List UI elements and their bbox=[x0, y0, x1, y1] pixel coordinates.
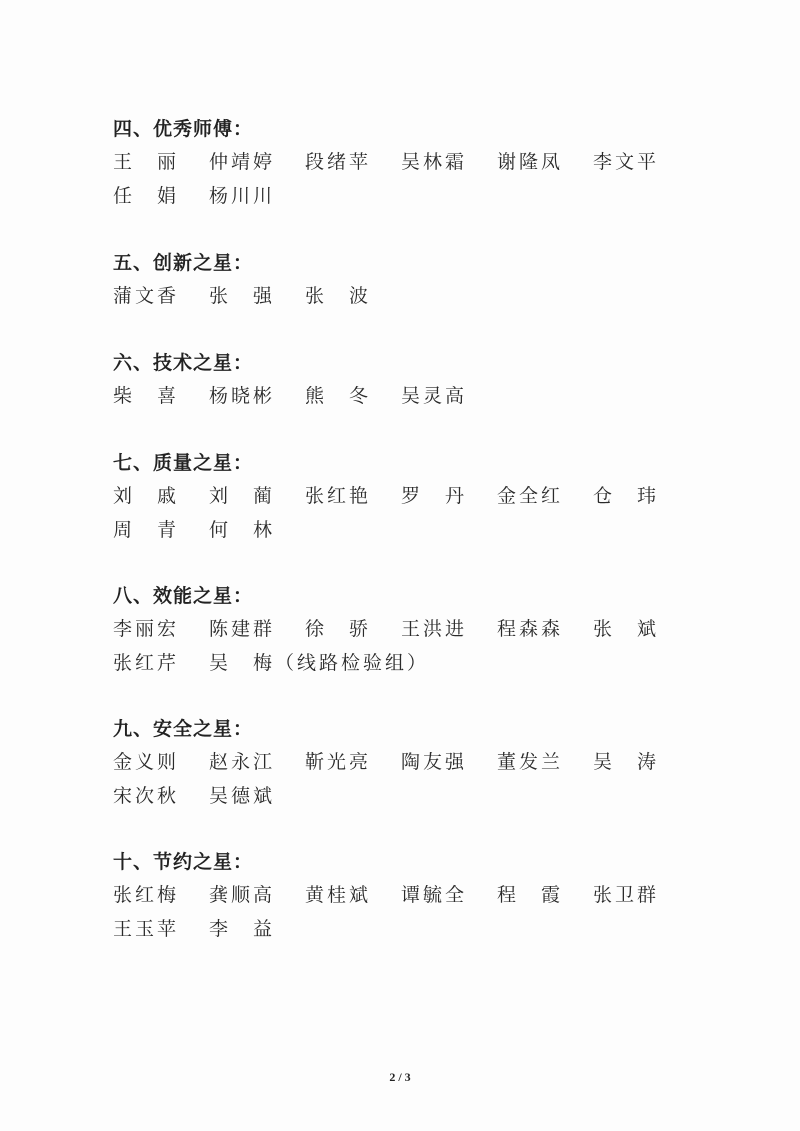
person-name: 靳光亮 bbox=[305, 745, 401, 779]
section-title: 九、安全之星： bbox=[113, 713, 713, 745]
person-name: 张 波 bbox=[305, 279, 401, 313]
name-list: 蒲文香张 强张 波 bbox=[113, 279, 713, 313]
person-name: 熊 冬 bbox=[305, 379, 401, 413]
person-name: 杨川川 bbox=[209, 179, 305, 213]
name-row: 王 丽仲靖婷段绪苹吴林霜谢隆凤李文平 bbox=[113, 145, 713, 179]
person-name: 吴 涛 bbox=[593, 745, 689, 779]
name-list: 王 丽仲靖婷段绪苹吴林霜谢隆凤李文平 任 娟杨川川 bbox=[113, 145, 713, 213]
section-efficiency-stars: 八、效能之星： 李丽宏陈建群徐 骄王洪进程森森张 斌 张红芹吴 梅（线路检验组） bbox=[113, 580, 713, 680]
name-row: 金义则赵永江靳光亮陶友强董发兰吴 涛 bbox=[113, 745, 713, 779]
person-name: 程 霞 bbox=[497, 878, 593, 912]
document-page: 四、优秀师傅： 王 丽仲靖婷段绪苹吴林霜谢隆凤李文平 任 娟杨川川 五、创新之星… bbox=[0, 0, 800, 1131]
person-name: 张 斌 bbox=[593, 612, 689, 646]
person-name: 吴 梅（线路检验组） bbox=[209, 646, 429, 680]
person-name: 李 益 bbox=[209, 912, 305, 946]
person-name: 仓 玮 bbox=[593, 479, 689, 513]
person-name: 罗 丹 bbox=[401, 479, 497, 513]
person-name: 段绪苹 bbox=[305, 145, 401, 179]
person-name: 张红梅 bbox=[113, 878, 209, 912]
section-title: 七、质量之星： bbox=[113, 447, 713, 479]
person-name: 金全红 bbox=[497, 479, 593, 513]
name-row: 宋次秋吴德斌 bbox=[113, 779, 713, 813]
person-name: 李文平 bbox=[593, 145, 689, 179]
name-row: 张红梅龚顺高黄桂斌谭毓全程 霞张卫群 bbox=[113, 878, 713, 912]
person-name: 程森森 bbox=[497, 612, 593, 646]
section-quality-stars: 七、质量之星： 刘 戚刘 蔺张红艳罗 丹金全红仓 玮 周 青何 林 bbox=[113, 447, 713, 547]
person-name: 黄桂斌 bbox=[305, 878, 401, 912]
name-row: 李丽宏陈建群徐 骄王洪进程森森张 斌 bbox=[113, 612, 713, 646]
person-name: 赵永江 bbox=[209, 745, 305, 779]
person-name: 谢隆凤 bbox=[497, 145, 593, 179]
person-name: 刘 蔺 bbox=[209, 479, 305, 513]
person-name: 谭毓全 bbox=[401, 878, 497, 912]
person-name: 陶友强 bbox=[401, 745, 497, 779]
section-title: 五、创新之星： bbox=[113, 247, 713, 279]
name-list: 刘 戚刘 蔺张红艳罗 丹金全红仓 玮 周 青何 林 bbox=[113, 479, 713, 547]
person-name: 王 丽 bbox=[113, 145, 209, 179]
name-row: 张红芹吴 梅（线路检验组） bbox=[113, 646, 713, 680]
person-name: 吴德斌 bbox=[209, 779, 305, 813]
person-name: 杨晓彬 bbox=[209, 379, 305, 413]
person-name: 张红艳 bbox=[305, 479, 401, 513]
person-name: 金义则 bbox=[113, 745, 209, 779]
name-list: 张红梅龚顺高黄桂斌谭毓全程 霞张卫群 王玉苹李 益 bbox=[113, 878, 713, 946]
section-technology-stars: 六、技术之星： 柴 喜杨晓彬熊 冬吴灵高 bbox=[113, 347, 713, 413]
section-saving-stars: 十、节约之星： 张红梅龚顺高黄桂斌谭毓全程 霞张卫群 王玉苹李 益 bbox=[113, 846, 713, 946]
section-innovation-stars: 五、创新之星： 蒲文香张 强张 波 bbox=[113, 247, 713, 313]
name-row: 周 青何 林 bbox=[113, 513, 713, 547]
section-title: 十、节约之星： bbox=[113, 846, 713, 878]
name-list: 金义则赵永江靳光亮陶友强董发兰吴 涛 宋次秋吴德斌 bbox=[113, 745, 713, 813]
person-name: 吴灵高 bbox=[401, 379, 497, 413]
person-name: 董发兰 bbox=[497, 745, 593, 779]
person-name: 刘 戚 bbox=[113, 479, 209, 513]
person-name: 张红芹 bbox=[113, 646, 209, 680]
person-name: 柴 喜 bbox=[113, 379, 209, 413]
name-row: 王玉苹李 益 bbox=[113, 912, 713, 946]
person-name: 张卫群 bbox=[593, 878, 689, 912]
person-name: 王玉苹 bbox=[113, 912, 209, 946]
section-title: 四、优秀师傅： bbox=[113, 113, 713, 145]
page-number: 2 / 3 bbox=[0, 1070, 800, 1085]
name-row: 蒲文香张 强张 波 bbox=[113, 279, 713, 313]
person-name: 龚顺高 bbox=[209, 878, 305, 912]
person-name: 何 林 bbox=[209, 513, 305, 547]
person-name: 李丽宏 bbox=[113, 612, 209, 646]
name-row: 刘 戚刘 蔺张红艳罗 丹金全红仓 玮 bbox=[113, 479, 713, 513]
name-row: 任 娟杨川川 bbox=[113, 179, 713, 213]
person-name: 陈建群 bbox=[209, 612, 305, 646]
name-row: 柴 喜杨晓彬熊 冬吴灵高 bbox=[113, 379, 713, 413]
person-name: 任 娟 bbox=[113, 179, 209, 213]
name-list: 柴 喜杨晓彬熊 冬吴灵高 bbox=[113, 379, 713, 413]
section-title: 六、技术之星： bbox=[113, 347, 713, 379]
person-name: 张 强 bbox=[209, 279, 305, 313]
section-excellent-mentors: 四、优秀师傅： 王 丽仲靖婷段绪苹吴林霜谢隆凤李文平 任 娟杨川川 bbox=[113, 113, 713, 213]
person-name: 宋次秋 bbox=[113, 779, 209, 813]
person-name: 蒲文香 bbox=[113, 279, 209, 313]
person-name: 仲靖婷 bbox=[209, 145, 305, 179]
section-safety-stars: 九、安全之星： 金义则赵永江靳光亮陶友强董发兰吴 涛 宋次秋吴德斌 bbox=[113, 713, 713, 813]
person-name: 王洪进 bbox=[401, 612, 497, 646]
person-name: 徐 骄 bbox=[305, 612, 401, 646]
person-name: 吴林霜 bbox=[401, 145, 497, 179]
section-title: 八、效能之星： bbox=[113, 580, 713, 612]
person-name: 周 青 bbox=[113, 513, 209, 547]
name-list: 李丽宏陈建群徐 骄王洪进程森森张 斌 张红芹吴 梅（线路检验组） bbox=[113, 612, 713, 680]
